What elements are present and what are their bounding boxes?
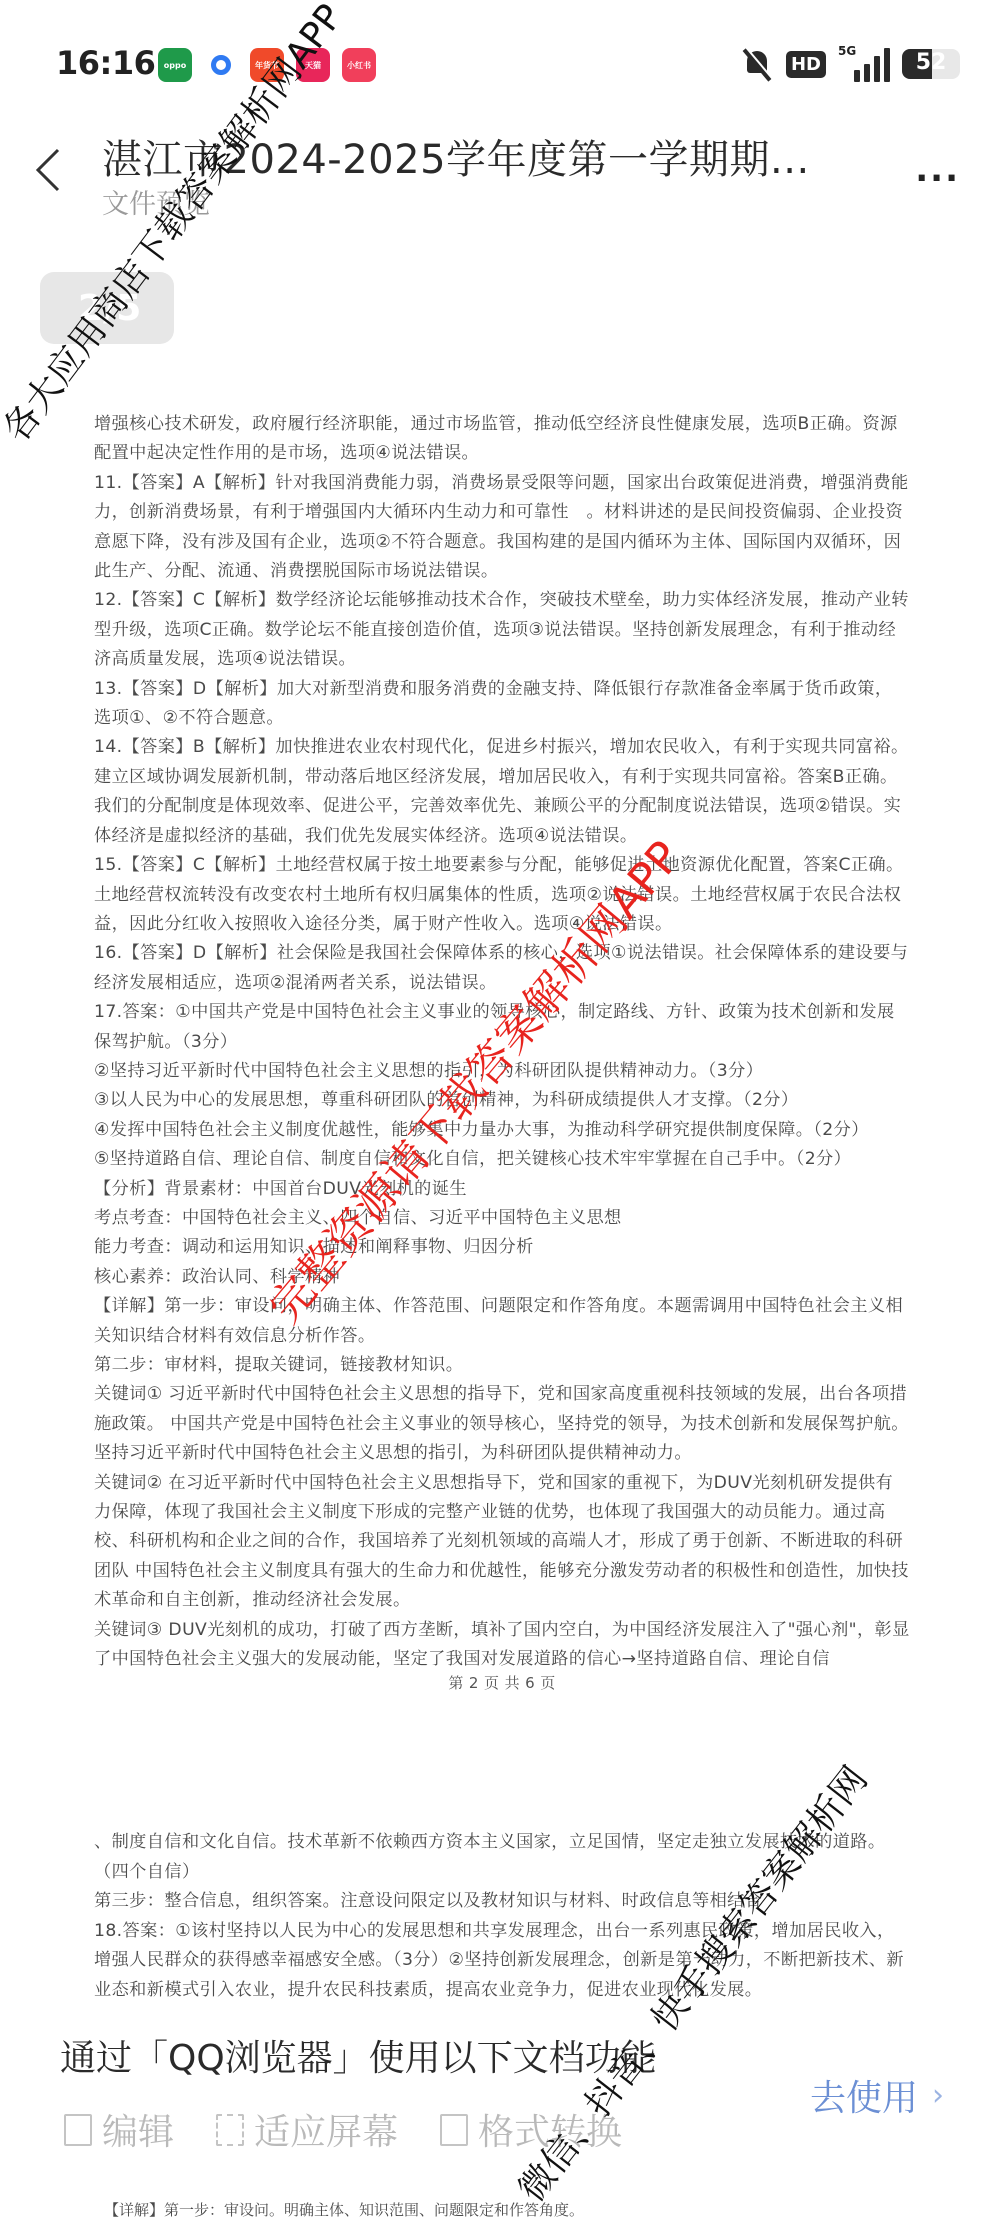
doc-line: 14.【答案】B【解析】加快推进农业农村现代化，促进乡村振兴，增加农民收入，有利…: [94, 733, 910, 851]
page-footer: 第 2 页 共 6 页: [94, 1674, 910, 1692]
battery-icon: 52: [902, 49, 960, 79]
doc-line: 关键词② 在习近平新时代中国特色社会主义思想指导下，党和国家的重视下，为DUV光…: [94, 1469, 910, 1616]
fit-screen-icon: [216, 2114, 244, 2146]
doc-line: 11.【答案】A【解析】针对我国消费能力弱，消费场景受限等问题，国家出台政策促进…: [94, 469, 910, 587]
feature-fit-screen[interactable]: 适应屏幕: [216, 2104, 398, 2155]
go-use-label: 去使用: [810, 2070, 918, 2121]
doc-line: 17.答案：①中国共产党是中国特色社会主义事业的领导核心，制定路线、方针、政策为…: [94, 998, 910, 1057]
page-title: 湛江市2024-2025学年度第一学期期...: [102, 128, 810, 185]
hd-icon: HD: [786, 51, 826, 78]
status-time: 16:16: [56, 44, 155, 82]
doc-line: 13.【答案】D【解析】加大对新型消费和服务消费的金融支持、降低银行存款准备金率…: [94, 675, 910, 734]
page-indicator: 2/5: [40, 272, 174, 344]
feature-edit[interactable]: 编辑: [64, 2104, 174, 2155]
tmall-app-icon: 天猫: [296, 48, 330, 82]
page-subtitle: 文件预览: [102, 182, 210, 221]
doc-line: 、制度自信和文化自信。技术革新不依赖西方资本主义国家，立足国情，坚定走独立发展技…: [94, 1828, 910, 1887]
signal-strength-icon: 5G: [838, 46, 890, 82]
feature-label: 适应屏幕: [254, 2104, 398, 2155]
doc-line: 考点考查：中国特色社会主义、四个自信、习近平中国特色主义思想: [94, 1204, 910, 1233]
document-page: 增强核心技术研发，政府履行经济职能，通过市场监管，推动低空经济良性健康发展，选项…: [94, 410, 910, 1692]
xiaohongshu-app-icon: 小红书: [342, 48, 376, 82]
edit-icon: [64, 2114, 92, 2146]
banner-title: 通过「QQ浏览器」使用以下文档功能: [60, 2030, 657, 2081]
doc-line: 【详解】第一步：审设问。明确主体、知识范围、问题限定和作答角度。: [104, 2196, 920, 2224]
more-options-button[interactable]: ...: [915, 150, 960, 190]
doc-line: 18.答案：①该村坚持以人民为中心的发展思想和共享发展理念，出台一系列惠民政策，…: [94, 1917, 910, 2006]
doc-line: 核心素养：政治认同、科学精神: [94, 1263, 910, 1292]
doc-line: 15.【答案】C【解析】土地经营权属于按土地要素参与分配，能够促进土地资源优化配…: [94, 851, 910, 939]
doc-line: ⑤坚持道路自信、理论自信、制度自信和文化自信，把关键核心技术牢牢掌握在自己手中。…: [94, 1145, 910, 1174]
doc-line: 第二步：审材料，提取关键词，链接教材知识。: [94, 1351, 910, 1380]
feature-label: 格式转换: [478, 2104, 622, 2155]
banner-features: 编辑 适应屏幕 格式转换: [64, 2104, 622, 2155]
doc-line: 【详解】第一步：审设问，明确主体、作答范围、问题限定和作答角度。本题需调用中国特…: [94, 1292, 910, 1351]
qq-browser-banner: 通过「QQ浏览器」使用以下文档功能 编辑 适应屏幕 格式转换 去使用 ›: [0, 2030, 1000, 2160]
battery-level: 52: [902, 50, 960, 75]
doc-line: ④发挥中国特色社会主义制度优越性，能够集中力量办大事，为推动科学研究提供制度保障…: [94, 1116, 910, 1145]
system-icons: HD 5G 52: [740, 46, 960, 82]
mute-bell-icon: [740, 47, 774, 81]
go-use-button[interactable]: 去使用 ›: [810, 2070, 944, 2121]
doc-line: 关键词① 习近平新时代中国特色社会主义思想的指导下，党和国家高度重视科技领域的发…: [94, 1380, 910, 1468]
oppo-app-icon: oppo: [158, 48, 192, 82]
doc-line: 第三步：整合信息，组织答案。注意设问限定以及教材知识与材料、时政信息等相结合: [94, 1887, 910, 1917]
chevron-right-icon: ›: [932, 2078, 944, 2113]
doc-line: 16.【答案】D【解析】社会保险是我国社会保障体系的核心，选项①说法错误。社会保…: [94, 939, 910, 998]
doc-line: 增强核心技术研发，政府履行经济职能，通过市场监管，推动低空经济良性健康发展，选项…: [94, 410, 910, 469]
doc-line: 【分析】背景素材：中国首台DUV光刻机的诞生: [94, 1175, 910, 1204]
doc-line: ②坚持习近平新时代中国特色社会主义思想的指引，为科研团队提供精神动力。（3分）: [94, 1057, 910, 1086]
status-bar: 16:16 oppo 年货节 天猫 小红书 HD 5G 52: [0, 0, 1000, 130]
document-page-next: 、制度自信和文化自信。技术革新不依赖西方资本主义国家，立足国情，坚定走独立发展技…: [94, 1828, 910, 2005]
network-type-label: 5G: [838, 44, 856, 58]
notification-icons: oppo 年货节 天猫 小红书: [158, 48, 376, 82]
doc-line: 12.【答案】C【解析】数学经济论坛能够推动技术合作，突破技术壁垒，助力实体经济…: [94, 586, 910, 674]
message-bubble-icon: [204, 48, 238, 82]
document-tail: 【详解】第一步：审设问。明确主体、知识范围、问题限定和作答角度。: [104, 2196, 920, 2224]
doc-line: 能力考查：调动和运用知识、描述和阐释事物、归因分析: [94, 1233, 910, 1262]
chevron-left-icon: [34, 146, 62, 194]
back-button[interactable]: [28, 140, 68, 200]
shopping-app-icon: 年货节: [250, 48, 284, 82]
feature-label: 编辑: [102, 2104, 174, 2155]
feature-format-convert[interactable]: 格式转换: [440, 2104, 622, 2155]
doc-line: 关键词③ DUV光刻机的成功，打破了西方垄断，填补了国内空白，为中国经济发展注入…: [94, 1616, 910, 1675]
doc-line: ③以人民为中心的发展思想，尊重科研团队的首创精神，为科研成绩提供人才支撑。（2分…: [94, 1086, 910, 1115]
document-icon: [440, 2114, 468, 2146]
